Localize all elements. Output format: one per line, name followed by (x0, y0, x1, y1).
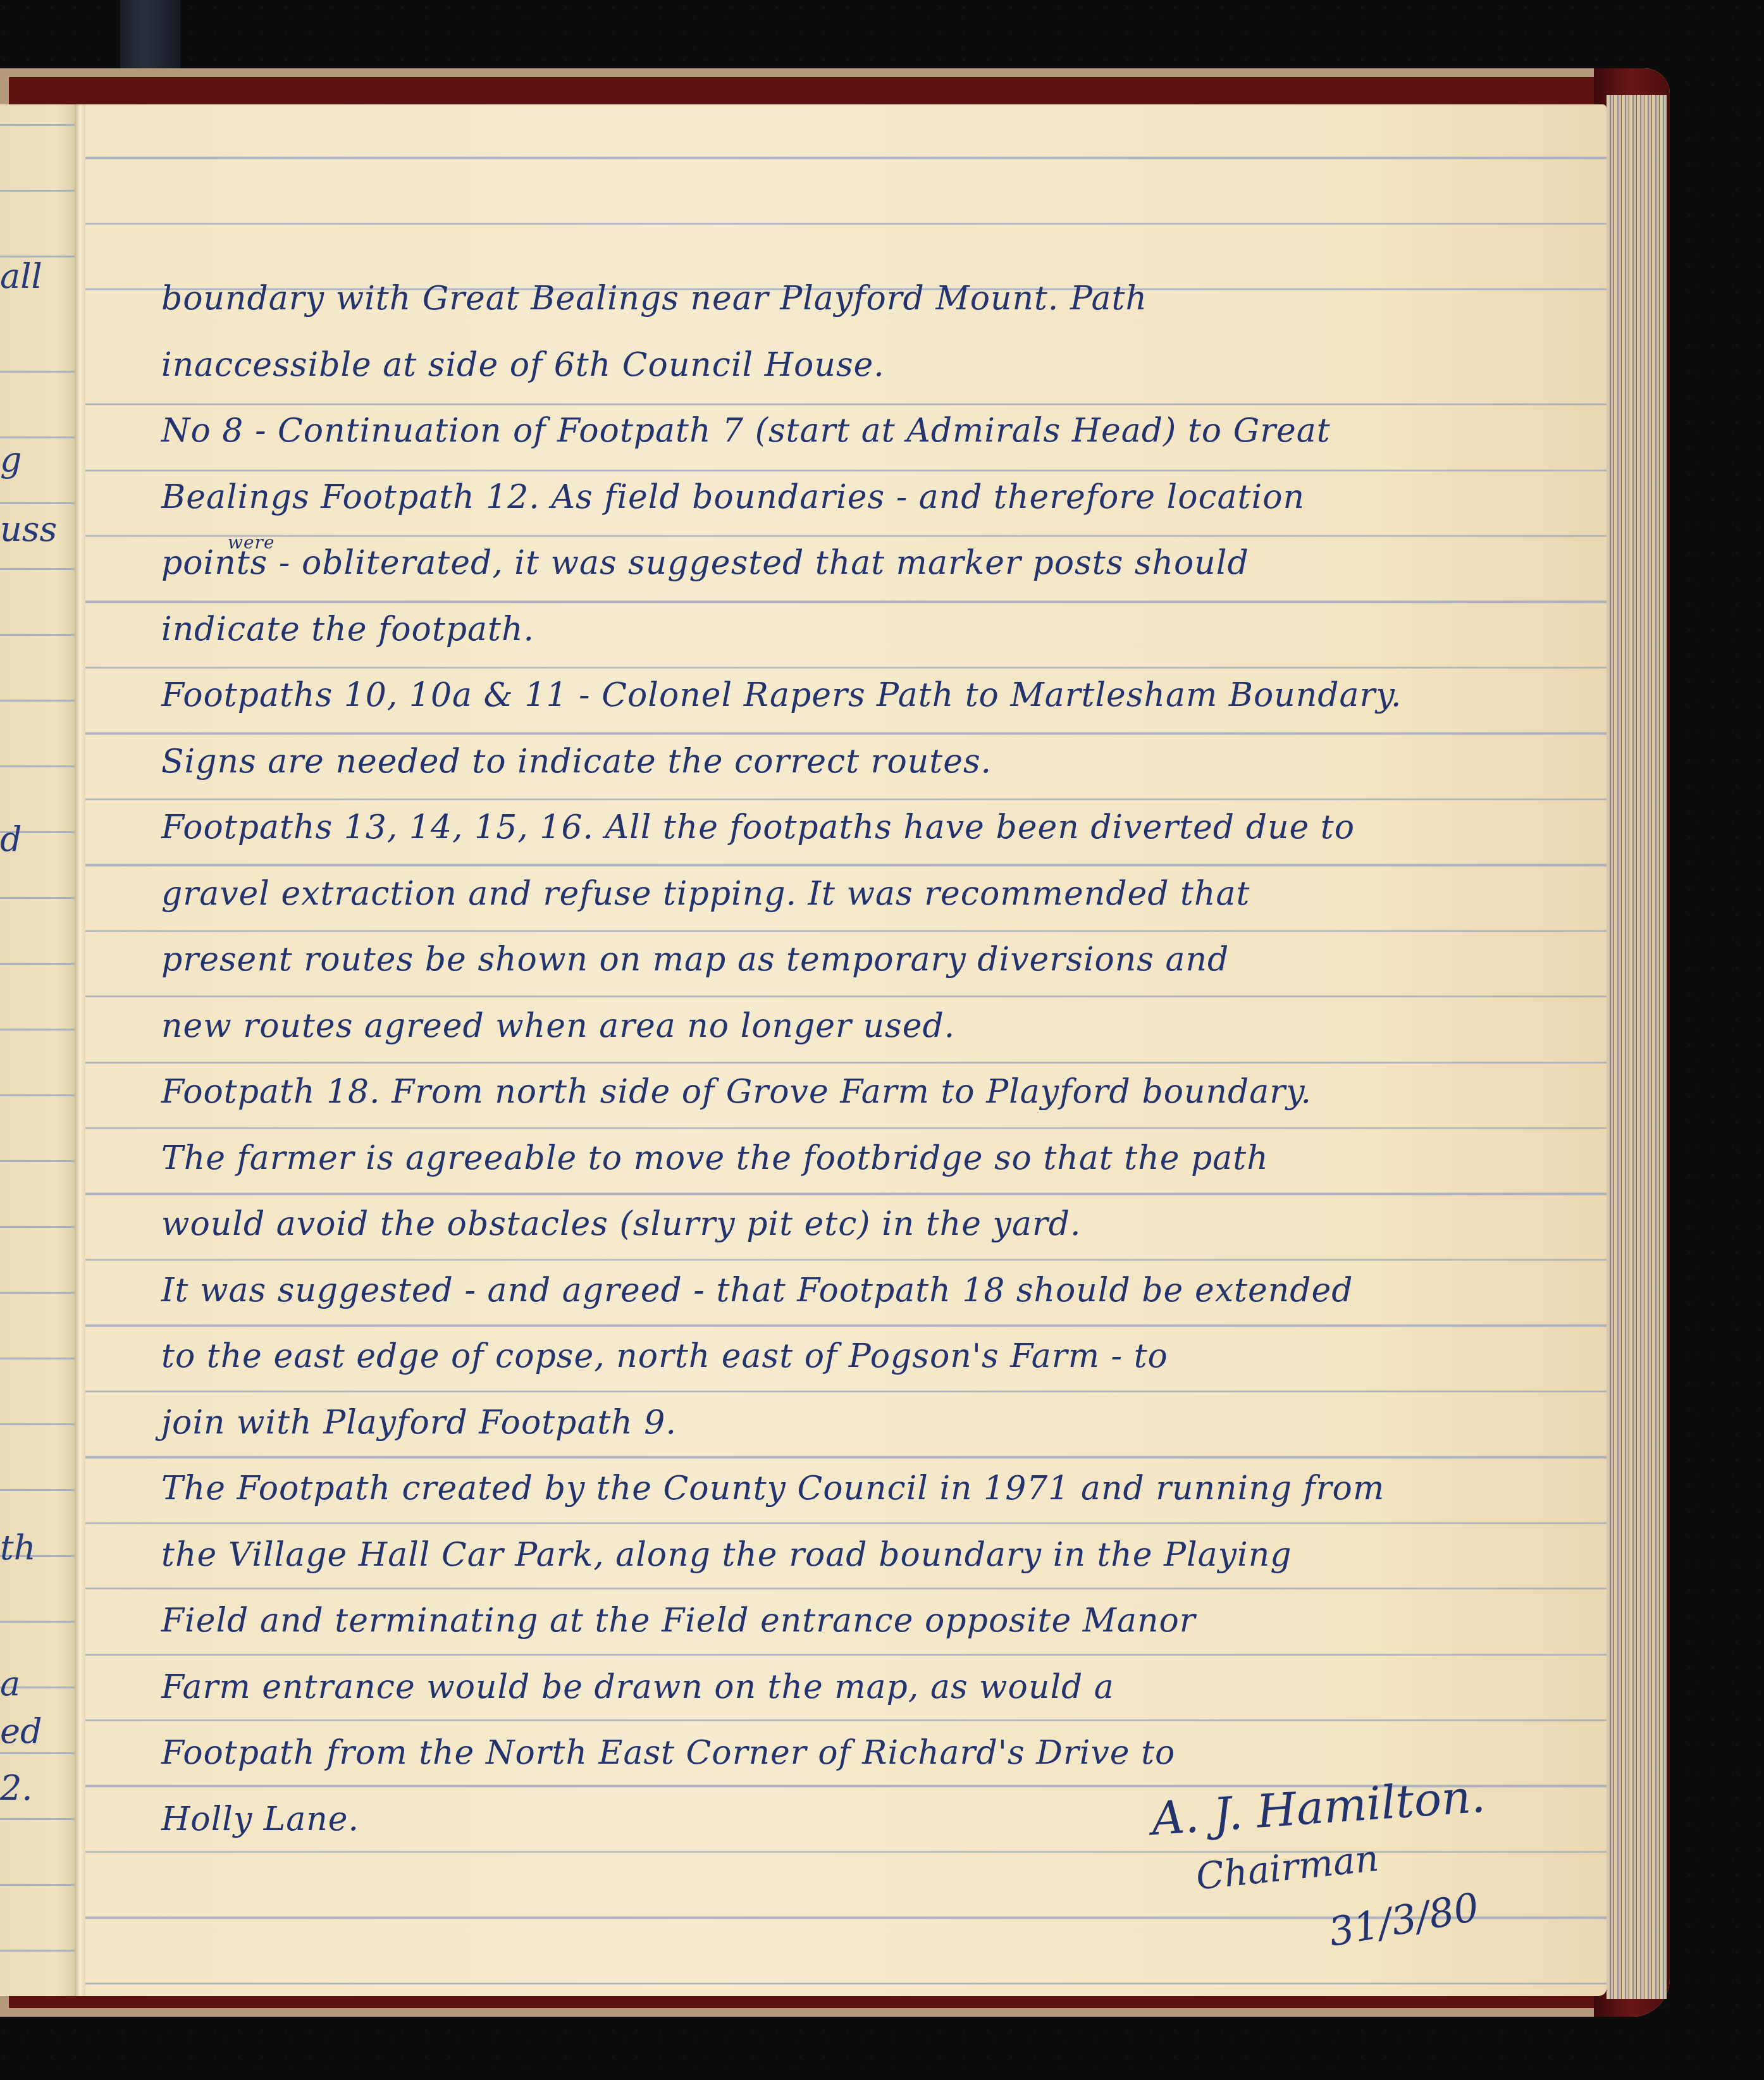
text-line: Field and terminating at the Field entra… (161, 1588, 1603, 1654)
text-line: points - obliterated, it was suggested t… (161, 544, 1249, 582)
left-fragment: th (0, 1528, 35, 1568)
text-line-with-insertion: were points - obliterated, it was sugges… (161, 530, 1603, 597)
text-line: would avoid the obstacles (slurry pit et… (161, 1191, 1603, 1258)
left-fragment: g (0, 440, 22, 480)
text-line: Footpaths 10, 10a & 11 - Colonel Rapers … (161, 662, 1603, 729)
facing-page: all g uss d th a ed 2. (0, 104, 81, 1996)
text-line: present routes be shown on map as tempor… (161, 927, 1603, 993)
left-fragment: all (0, 256, 42, 296)
text-line: join with Playford Footpath 9. (161, 1390, 1603, 1456)
left-fragment: d (0, 819, 22, 859)
text-line: new routes agreed when area no longer us… (161, 993, 1603, 1060)
text-line: No 8 - Continuation of Footpath 7 (start… (161, 398, 1603, 464)
text-line: Signs are needed to indicate the correct… (161, 729, 1603, 795)
text-line: The farmer is agreeable to move the foot… (161, 1125, 1603, 1192)
text-line: Bealings Footpath 12. As field boundarie… (161, 464, 1603, 531)
left-fragment: uss (0, 509, 57, 549)
page-edges (1607, 95, 1667, 1999)
left-fragment: 2. (0, 1768, 33, 1808)
text-line: Footpaths 13, 14, 15, 16. All the footpa… (161, 795, 1603, 861)
left-fragment: ed (0, 1711, 42, 1751)
text-line: indicate the footpath. (161, 597, 1603, 663)
text-line: Footpath 18. From north side of Grove Fa… (161, 1059, 1603, 1125)
text-line: to the east edge of copse, north east of… (161, 1323, 1603, 1390)
insertion-mark: were (228, 534, 275, 552)
text-line: It was suggested - and agreed - that Foo… (161, 1258, 1603, 1324)
text-line: boundary with Great Bealings near Playfo… (161, 266, 1603, 332)
text-line: inaccessible at side of 6th Council Hous… (161, 332, 1603, 399)
left-fragment: a (0, 1664, 20, 1704)
text-line: Farm entrance would be drawn on the map,… (161, 1654, 1603, 1721)
text-line: gravel extraction and refuse tipping. It… (161, 861, 1603, 927)
text-line: the Village Hall Car Park, along the roa… (161, 1522, 1603, 1588)
signature-block: A. J. Hamilton. Chairman 31/3/80 (1151, 1781, 1485, 1942)
handwritten-minutes: boundary with Great Bealings near Playfo… (161, 266, 1603, 1852)
text-line: The Footpath created by the County Counc… (161, 1456, 1603, 1522)
